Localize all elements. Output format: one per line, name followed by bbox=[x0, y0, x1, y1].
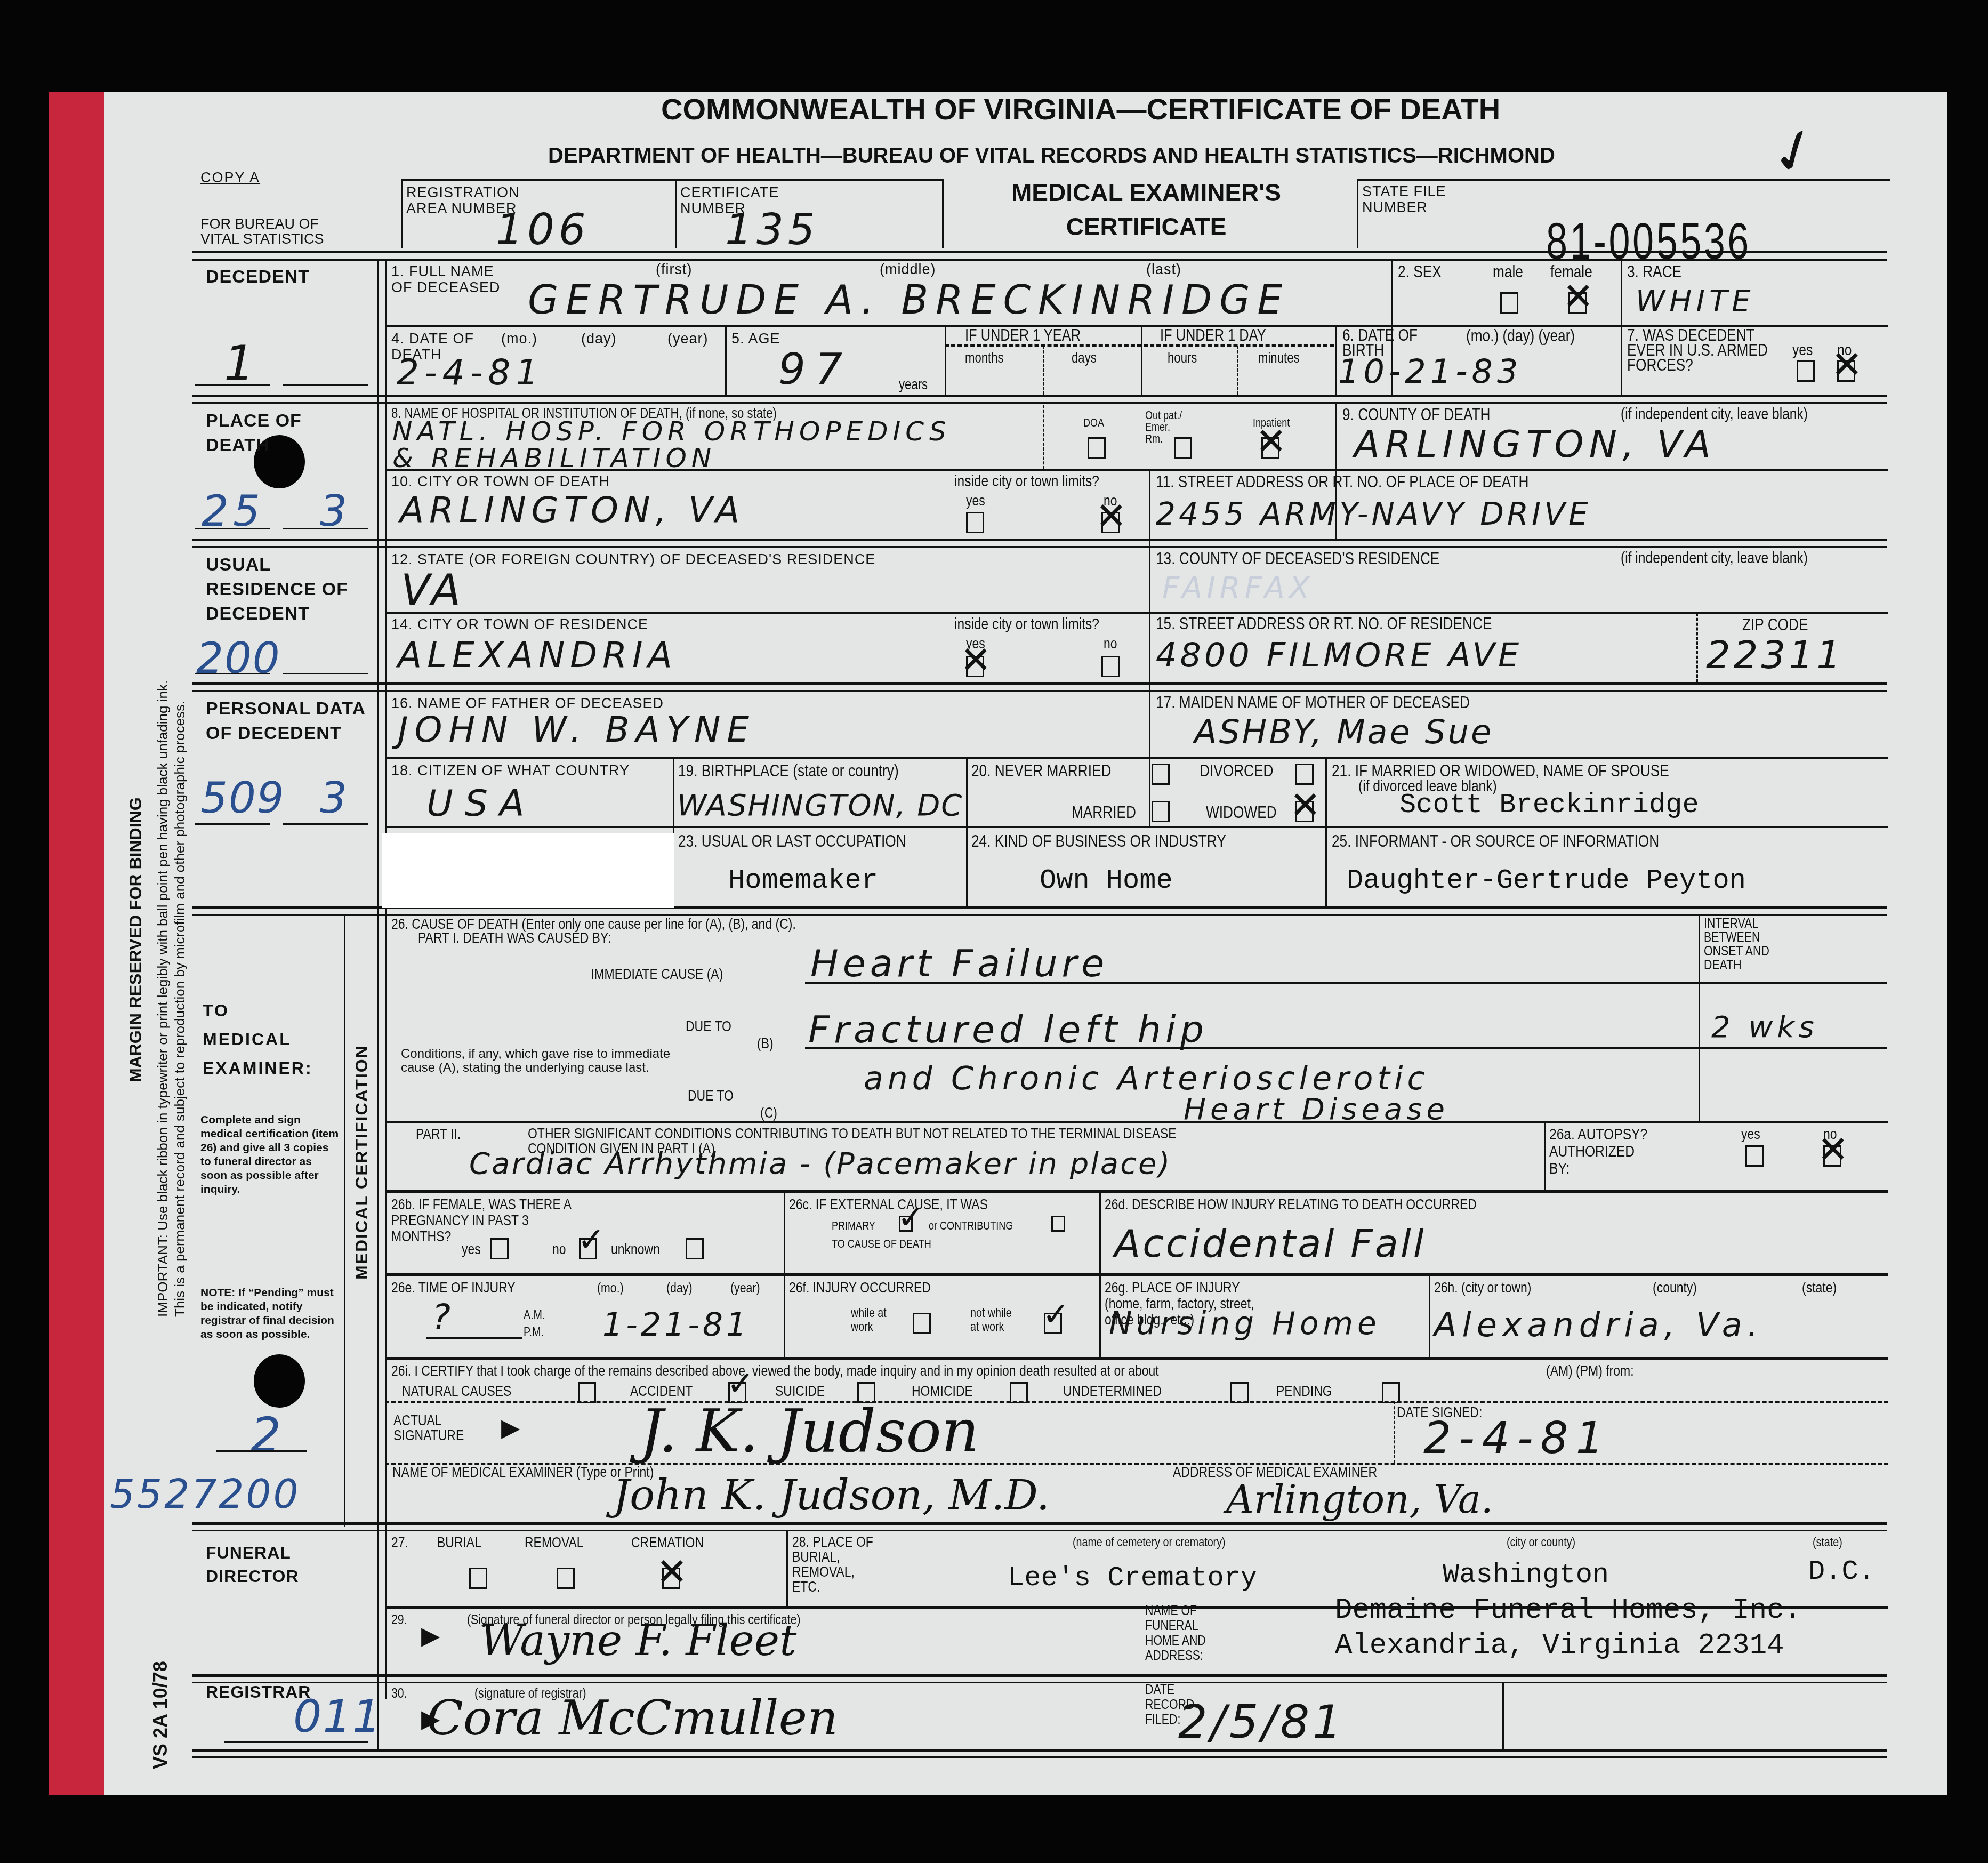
time-line bbox=[426, 1337, 522, 1339]
divider bbox=[1429, 1273, 1430, 1357]
f20-widowed: WIDOWED bbox=[1206, 804, 1277, 820]
me-instructions: Complete and sign medical certification … bbox=[200, 1113, 339, 1197]
f15-label: 15. STREET ADDRESS OR RT. NO. OF RESIDEN… bbox=[1156, 615, 1492, 631]
f26e-label: 26e. TIME OF INJURY bbox=[391, 1280, 516, 1296]
f20-married: MARRIED bbox=[1072, 804, 1136, 820]
f9-note: (if independent city, leave blank) bbox=[1621, 406, 1808, 422]
f28-state-hdr: (state) bbox=[1813, 1535, 1842, 1551]
me-code-1: 2 bbox=[251, 1408, 285, 1464]
f8-doa: DOA bbox=[1083, 415, 1104, 431]
f28-cemetery[interactable]: Lee's Crematory bbox=[1008, 1562, 1257, 1594]
actual-signature-label: ACTUAL SIGNATURE bbox=[393, 1413, 450, 1443]
me-label-line1: TO bbox=[203, 996, 313, 1025]
f28-state[interactable]: D.C. bbox=[1808, 1556, 1875, 1587]
divider bbox=[1043, 346, 1044, 395]
f5-years: years bbox=[899, 376, 928, 392]
f26-conditions-note: Conditions, if any, which gave rise to i… bbox=[401, 1047, 678, 1075]
f26c-label: 26c. IF EXTERNAL CAUSE, IT WAS bbox=[789, 1197, 988, 1212]
f10-city-of-death[interactable]: ARLINGTON, VA bbox=[400, 489, 745, 531]
me-code-2: 5527200 bbox=[110, 1472, 301, 1517]
f26-immediate-cause[interactable]: Heart Failure bbox=[810, 942, 1108, 985]
f25-label: 25. INFORMANT - OR SOURCE OF INFORMATION bbox=[1332, 833, 1659, 849]
f2-female-checkbox[interactable] bbox=[1568, 292, 1587, 314]
f26-part2-label: PART II. bbox=[416, 1126, 461, 1142]
f21-label: 21. IF MARRIED OR WIDOWED, NAME OF SPOUS… bbox=[1332, 762, 1669, 778]
f26e-am: A.M. bbox=[524, 1307, 545, 1323]
f9-label: 9. COUNTY OF DEATH bbox=[1342, 406, 1490, 422]
f28-city[interactable]: Washington bbox=[1443, 1559, 1609, 1591]
f4-date-of-death[interactable]: 2-4-81 bbox=[397, 352, 544, 393]
f26a-yes: yes bbox=[1741, 1126, 1760, 1142]
f16-father[interactable]: JOHN W. BAYNE bbox=[398, 709, 755, 750]
code-line bbox=[283, 673, 368, 674]
f26h-location[interactable]: Alexandria, Va. bbox=[1434, 1305, 1763, 1344]
code-line bbox=[195, 384, 270, 386]
f26b-label: 26b. IF FEMALE, WAS THERE A PREGNANCY IN… bbox=[391, 1197, 584, 1244]
f2-male: male bbox=[1493, 263, 1523, 279]
divider bbox=[1621, 325, 1622, 395]
f10-label: 10. CITY OR TOWN OF DEATH bbox=[391, 473, 610, 489]
arrow-right-icon: ▶ bbox=[501, 1413, 520, 1442]
f20-label: 20. NEVER MARRIED bbox=[971, 762, 1111, 778]
divider bbox=[1043, 405, 1044, 469]
f26h-label: 26h. (city or town) bbox=[1434, 1280, 1531, 1296]
f17-label: 17. MAIDEN NAME OF MOTHER OF DECEASED bbox=[1156, 694, 1470, 710]
f29-label: 29. bbox=[391, 1611, 407, 1627]
code-line bbox=[283, 823, 368, 825]
divider bbox=[385, 826, 1888, 828]
f26f-not-while: not while at work bbox=[970, 1306, 1018, 1334]
divider bbox=[385, 259, 387, 1699]
page-title: COMMONWEALTH OF VIRGINIA—CERTIFICATE OF … bbox=[661, 92, 1500, 126]
f3-label: 3. RACE bbox=[1627, 263, 1681, 279]
f26b-unknown-checkbox[interactable] bbox=[686, 1238, 704, 1259]
f26e-year: (year) bbox=[730, 1280, 760, 1296]
divider bbox=[1325, 757, 1327, 906]
f26f-label: 26f. INJURY OCCURRED bbox=[789, 1280, 931, 1296]
form-number: VS 2A 10/78 bbox=[149, 1661, 172, 1769]
divider bbox=[385, 1190, 1888, 1193]
manner-of-death-options: NATURAL CAUSES ACCIDENT SUICIDE HOMICIDE… bbox=[402, 1365, 1681, 1392]
divider bbox=[385, 757, 1888, 759]
f8-hospital-line2[interactable]: & REHABILITATION bbox=[392, 443, 716, 473]
f4-year: (year) bbox=[667, 331, 709, 347]
f28-cemetery-hdr: (name of cemetery or crematory) bbox=[1073, 1535, 1226, 1551]
state-file-label: STATE FILE NUMBER bbox=[1362, 183, 1458, 215]
f26g-place-of-injury[interactable]: Nursing Home bbox=[1109, 1305, 1381, 1342]
code-line bbox=[195, 823, 270, 825]
f4-mo: (mo.) bbox=[501, 331, 537, 347]
f20-divorced: DIVORCED bbox=[1200, 762, 1274, 778]
divider bbox=[385, 1357, 1888, 1360]
divider bbox=[385, 1121, 1888, 1123]
divider bbox=[1149, 469, 1150, 826]
f25-informant[interactable]: Daughter-Gertrude Peyton bbox=[1347, 865, 1746, 896]
divider bbox=[192, 682, 1887, 685]
f18-label: 18. CITIZEN OF WHAT COUNTRY bbox=[391, 762, 630, 778]
f13-label: 13. COUNTY OF DECEASED'S RESIDENCE bbox=[1156, 550, 1439, 566]
f26-part1: PART I. DEATH WAS CAUSED BY: bbox=[418, 930, 611, 946]
divider bbox=[192, 1530, 1887, 1531]
registrar-code: 011 bbox=[293, 1690, 382, 1742]
examiner-signature[interactable]: J. K. Judson bbox=[640, 1397, 979, 1465]
f26-b-tag: (B) bbox=[757, 1035, 774, 1051]
f14-yes-checkbox[interactable] bbox=[966, 656, 984, 677]
divider bbox=[945, 325, 946, 395]
f26a-yes-checkbox[interactable] bbox=[1745, 1145, 1764, 1167]
f1-first-hdr: (first) bbox=[656, 261, 692, 277]
f15-zip-label: ZIP CODE bbox=[1742, 616, 1808, 632]
divider bbox=[784, 1190, 785, 1357]
f26b-no: no bbox=[552, 1241, 566, 1257]
code-line bbox=[195, 528, 270, 529]
divider bbox=[1357, 179, 1890, 181]
f17-mother[interactable]: ASHBY, Mae Sue bbox=[1194, 712, 1493, 751]
divider bbox=[192, 402, 1887, 404]
f5-months: months bbox=[965, 350, 1004, 366]
divider bbox=[192, 546, 1887, 548]
f26-part2-value[interactable]: Cardiac Arrhythmia - (Pacemaker in place… bbox=[469, 1146, 1171, 1181]
divider bbox=[675, 179, 677, 248]
f12-state[interactable]: VA bbox=[401, 565, 465, 615]
divider bbox=[786, 1530, 788, 1606]
f29-home-line1[interactable]: Demaine Funeral Homes, Inc. bbox=[1335, 1594, 1801, 1627]
medical-certification-label: MEDICAL CERTIFICATION bbox=[352, 1045, 372, 1280]
divider bbox=[385, 612, 1888, 614]
divider bbox=[966, 757, 968, 906]
f13-note: (if independent city, leave blank) bbox=[1621, 550, 1808, 566]
divider bbox=[377, 259, 379, 1699]
f26b-no-checkbox[interactable] bbox=[579, 1238, 597, 1259]
divider bbox=[1544, 1121, 1546, 1190]
divider bbox=[385, 1401, 1888, 1403]
divider bbox=[401, 179, 942, 181]
f26c-contributing-checkbox[interactable] bbox=[1051, 1216, 1065, 1232]
f6-hdr: (mo.) (day) (year) bbox=[1466, 327, 1575, 343]
f29-funeral-director-signature[interactable]: Wayne F. Fleet bbox=[480, 1616, 796, 1665]
f26e-pm: P.M. bbox=[524, 1324, 544, 1340]
f26f-while: while at work bbox=[851, 1306, 890, 1334]
f26b-yes: yes bbox=[462, 1241, 481, 1257]
f2-label: 2. SEX bbox=[1398, 263, 1442, 279]
f27-burial: BURIAL bbox=[437, 1535, 481, 1551]
f28-label: 28. PLACE OF BURIAL, REMOVAL, ETC. bbox=[792, 1535, 875, 1594]
f26-interval-label: INTERVAL BETWEEN ONSET AND DEATH bbox=[1704, 916, 1791, 971]
code-line bbox=[224, 1741, 368, 1743]
code-line bbox=[283, 528, 368, 529]
f5-minutes: minutes bbox=[1258, 350, 1300, 366]
divider bbox=[1357, 179, 1358, 248]
manner-homicide-checkbox[interactable] bbox=[1010, 1382, 1028, 1403]
f29-home-label: NAME OF FUNERAL HOME AND ADDRESS: bbox=[1145, 1603, 1233, 1663]
department-subtitle: DEPARTMENT OF HEALTH—BUREAU OF VITAL REC… bbox=[548, 144, 1555, 168]
f26c-contributing: or CONTRIBUTING bbox=[929, 1218, 1013, 1234]
examiner-address-value[interactable]: Arlington, Va. bbox=[1226, 1477, 1493, 1522]
copy-label: COPY A bbox=[200, 170, 260, 186]
f26h-county: (county) bbox=[1653, 1280, 1697, 1296]
cert-type-line1: MEDICAL EXAMINER'S bbox=[986, 178, 1306, 207]
f13-county-of-residence[interactable]: FAIRFAX bbox=[1162, 571, 1314, 605]
section-place-of-death: PLACE OF DEATH bbox=[206, 408, 366, 457]
code-line bbox=[216, 1450, 307, 1452]
me-label-line2: MEDICAL bbox=[203, 1025, 313, 1054]
f7-no-checkbox[interactable] bbox=[1837, 360, 1855, 382]
f14-city-of-residence[interactable]: ALEXANDRIA bbox=[398, 635, 678, 676]
manner-undetermined-checkbox[interactable] bbox=[1230, 1382, 1249, 1403]
divider bbox=[192, 690, 1887, 692]
section-to-medical-examiner: TO MEDICAL EXAMINER: bbox=[203, 996, 313, 1082]
f27-label: 27. bbox=[391, 1535, 408, 1551]
f26-immediate-label: IMMEDIATE CAUSE (A) bbox=[591, 966, 723, 982]
divider bbox=[945, 344, 1334, 347]
f26d-how-injury[interactable]: Accidental Fall bbox=[1114, 1221, 1426, 1266]
f26a-label: 26a. AUTOPSY? AUTHORIZED BY: bbox=[1549, 1126, 1650, 1177]
f26c-primary: PRIMARY bbox=[832, 1218, 875, 1234]
f10-yes-checkbox[interactable] bbox=[966, 512, 984, 533]
manner-pending: PENDING bbox=[1276, 1383, 1332, 1399]
f10-yes: yes bbox=[966, 493, 985, 509]
f26d-label: 26d. DESCRIBE HOW INJURY RELATING TO DEA… bbox=[1105, 1197, 1477, 1212]
f27-cremation: CREMATION bbox=[631, 1535, 704, 1551]
f11-street-of-death[interactable]: 2455 ARMY-NAVY DRIVE bbox=[1156, 496, 1591, 532]
section-usual-residence: USUAL RESIDENCE OF DECEDENT bbox=[206, 552, 366, 626]
examiner-name-value[interactable]: John K. Judson, M.D. bbox=[613, 1472, 1050, 1520]
f7-yes-checkbox[interactable] bbox=[1797, 360, 1815, 382]
f19-label: 19. BIRTHPLACE (state or country) bbox=[678, 762, 899, 778]
f5-days: days bbox=[1072, 350, 1097, 366]
registration-area-value: 106 bbox=[496, 205, 590, 254]
divider bbox=[1502, 1682, 1504, 1749]
f28-city-hdr: (city or county) bbox=[1507, 1535, 1575, 1551]
f26h-state: (state) bbox=[1802, 1280, 1837, 1296]
manner-pending-checkbox[interactable] bbox=[1382, 1382, 1400, 1403]
personal-code-2: 3 bbox=[320, 773, 351, 823]
f15-zip[interactable]: 22311 bbox=[1706, 632, 1844, 677]
f23-label: 23. USUAL OR LAST OCCUPATION bbox=[678, 833, 906, 849]
divider bbox=[192, 539, 1887, 541]
manner-natural-checkbox[interactable] bbox=[578, 1382, 596, 1403]
personal-code-1: 509 bbox=[200, 773, 285, 823]
f26-c-tag: (C) bbox=[760, 1105, 777, 1121]
f26b-unknown: unknown bbox=[611, 1241, 660, 1257]
important-note-line1: IMPORTANT: Use black ribbon in typewrite… bbox=[155, 680, 171, 1317]
f1-middle-hdr: (middle) bbox=[880, 261, 936, 277]
f23-occupation[interactable]: Homemaker bbox=[728, 865, 878, 896]
f8-outpat-checkbox[interactable] bbox=[1174, 437, 1192, 459]
divider bbox=[192, 1756, 1887, 1758]
f1-full-name[interactable]: GERTRUDE A. BRECKINRIDGE bbox=[528, 277, 1290, 323]
date-signed-value[interactable]: 2-4-81 bbox=[1423, 1413, 1611, 1464]
f26e-day: (day) bbox=[666, 1280, 693, 1296]
arrow-right-icon: ▶ bbox=[421, 1621, 440, 1650]
f26-due-to-b: DUE TO bbox=[686, 1018, 731, 1034]
certificate-number-value: 135 bbox=[725, 205, 819, 254]
me-pending-note: NOTE: If “Pending” must be indicated, no… bbox=[200, 1286, 339, 1342]
f3-race[interactable]: WHITE bbox=[1636, 284, 1755, 318]
f29-home-line2[interactable]: Alexandria, Virginia 22314 bbox=[1335, 1629, 1784, 1662]
divider bbox=[1335, 325, 1337, 395]
f24-label: 24. KIND OF BUSINESS OR INDUSTRY bbox=[971, 833, 1226, 849]
divider bbox=[385, 1273, 1888, 1276]
f1-label: 1. FULL NAME OF DECEASED bbox=[391, 263, 509, 295]
f26a-no-checkbox[interactable] bbox=[1823, 1145, 1841, 1167]
for-bureau-label: FOR BUREAU OF VITAL STATISTICS bbox=[200, 216, 360, 246]
section-personal-data: PERSONAL DATA OF DECEDENT bbox=[206, 696, 366, 745]
f14-no-checkbox[interactable] bbox=[1101, 656, 1120, 677]
f5-under-day: IF UNDER 1 DAY bbox=[1160, 327, 1266, 343]
f27-burial-checkbox[interactable] bbox=[469, 1568, 487, 1589]
divider bbox=[1394, 1401, 1395, 1463]
code-line bbox=[283, 384, 368, 386]
f26b-yes-checkbox[interactable] bbox=[490, 1238, 509, 1259]
divider bbox=[192, 395, 1887, 397]
f27-removal-checkbox[interactable] bbox=[557, 1568, 575, 1589]
f9-county-of-death[interactable]: ARLINGTON, VA bbox=[1354, 422, 1716, 466]
divider bbox=[344, 914, 345, 1527]
cause-line bbox=[805, 982, 1887, 984]
f20-widowed-checkbox[interactable] bbox=[1295, 801, 1314, 822]
f24-business[interactable]: Own Home bbox=[1040, 865, 1173, 896]
red-binding-strip bbox=[49, 92, 104, 1795]
f21-spouse[interactable]: Scott Breckinridge bbox=[1399, 789, 1699, 821]
divider bbox=[1696, 613, 1698, 682]
f20-married-checkbox[interactable] bbox=[1152, 801, 1170, 822]
f26f-not-while-checkbox[interactable] bbox=[1044, 1313, 1062, 1334]
f26-cause-b[interactable]: Fractured left hip bbox=[808, 1008, 1208, 1051]
f2-male-checkbox[interactable] bbox=[1500, 292, 1518, 314]
f26-interval-b[interactable]: 2 wks bbox=[1711, 1010, 1818, 1045]
f15-street-of-residence[interactable]: 4800 FILMORE AVE bbox=[1156, 636, 1522, 674]
residence-code: 200 bbox=[196, 633, 281, 683]
f26f-while-checkbox[interactable] bbox=[913, 1313, 931, 1334]
f5-under-year: IF UNDER 1 YEAR bbox=[965, 327, 1081, 343]
f10-limits: inside city or town limits? bbox=[954, 473, 1099, 489]
f26c-to-cause: TO CAUSE OF DEATH bbox=[832, 1236, 931, 1252]
section-decedent: DECEDENT bbox=[206, 264, 310, 289]
f14-limits: inside city or town limits? bbox=[954, 616, 1099, 632]
f26-cause-c[interactable]: Heart Disease bbox=[1184, 1092, 1449, 1127]
f8-doa-checkbox[interactable] bbox=[1088, 437, 1106, 459]
f6-date-of-birth[interactable]: 10-21-83 bbox=[1338, 352, 1522, 391]
f30-label: 30. bbox=[391, 1685, 407, 1701]
f26e-date[interactable]: 1-21-81 bbox=[602, 1306, 750, 1344]
f26c-primary-checkbox[interactable] bbox=[899, 1216, 913, 1232]
binding-margin-text: MARGIN RESERVED FOR BINDING bbox=[126, 797, 146, 1082]
section-funeral-director: FUNERAL DIRECTOR bbox=[206, 1541, 355, 1588]
f7-yes: yes bbox=[1792, 342, 1813, 358]
f4-day: (day) bbox=[581, 331, 617, 347]
code-line bbox=[195, 673, 270, 674]
divider bbox=[192, 1749, 1887, 1752]
f26e-mo: (mo.) bbox=[597, 1280, 624, 1296]
divider bbox=[725, 325, 727, 395]
me-label-line3: EXAMINER: bbox=[203, 1054, 313, 1082]
f14-label: 14. CITY OR TOWN OF RESIDENCE bbox=[391, 616, 648, 632]
divider bbox=[1099, 1190, 1101, 1357]
f27-cremation-checkbox[interactable] bbox=[662, 1568, 680, 1589]
f5-label: 5. AGE bbox=[731, 331, 780, 347]
f5-hours: hours bbox=[1168, 350, 1197, 366]
divider bbox=[1237, 346, 1238, 395]
f11-label: 11. STREET ADDRESS OR RT. NO. OF PLACE O… bbox=[1156, 473, 1528, 489]
f30-registrar-signature[interactable]: Cora McCmullen bbox=[426, 1690, 838, 1746]
f27-removal: REMOVAL bbox=[525, 1535, 584, 1551]
cert-type-line2: CERTIFICATE bbox=[986, 212, 1306, 241]
f7-label: 7. WAS DECEDENT EVER IN U.S. ARMED FORCE… bbox=[1627, 327, 1772, 372]
f8-inpatient-checkbox[interactable] bbox=[1261, 437, 1279, 459]
divider bbox=[377, 1682, 379, 1749]
divider bbox=[192, 251, 1887, 253]
f18-citizen[interactable]: USA bbox=[426, 783, 536, 825]
f30-filed-date[interactable]: 2/5/81 bbox=[1178, 1696, 1345, 1749]
f10-no-checkbox[interactable] bbox=[1101, 512, 1120, 533]
divider bbox=[192, 1674, 1887, 1677]
divider bbox=[192, 259, 1887, 261]
f19-birthplace[interactable]: WASHINGTON, DC bbox=[677, 788, 963, 823]
f26e-time[interactable]: ? bbox=[432, 1297, 455, 1338]
f20-divorced-checkbox[interactable] bbox=[1295, 764, 1314, 785]
f14-no: no bbox=[1104, 636, 1117, 652]
divider bbox=[942, 179, 944, 248]
redacted-field bbox=[382, 833, 674, 908]
f5-age[interactable]: 97 bbox=[778, 344, 852, 394]
manner-natural: NATURAL CAUSES bbox=[402, 1383, 511, 1399]
f20-never-married-checkbox[interactable] bbox=[1152, 764, 1170, 785]
divider bbox=[1141, 325, 1142, 395]
f26-due-to-c: DUE TO bbox=[688, 1088, 734, 1104]
manner-undetermined: UNDETERMINED bbox=[1063, 1383, 1162, 1399]
punch-hole bbox=[254, 1354, 305, 1408]
divider bbox=[401, 179, 403, 248]
divider bbox=[1699, 914, 1700, 1121]
important-note-line2: This is a permanent record and subject t… bbox=[172, 701, 188, 1317]
cause-line bbox=[805, 1047, 1887, 1049]
divider bbox=[192, 1522, 1887, 1525]
f1-last-hdr: (last) bbox=[1146, 261, 1181, 277]
divider bbox=[192, 1682, 1887, 1683]
